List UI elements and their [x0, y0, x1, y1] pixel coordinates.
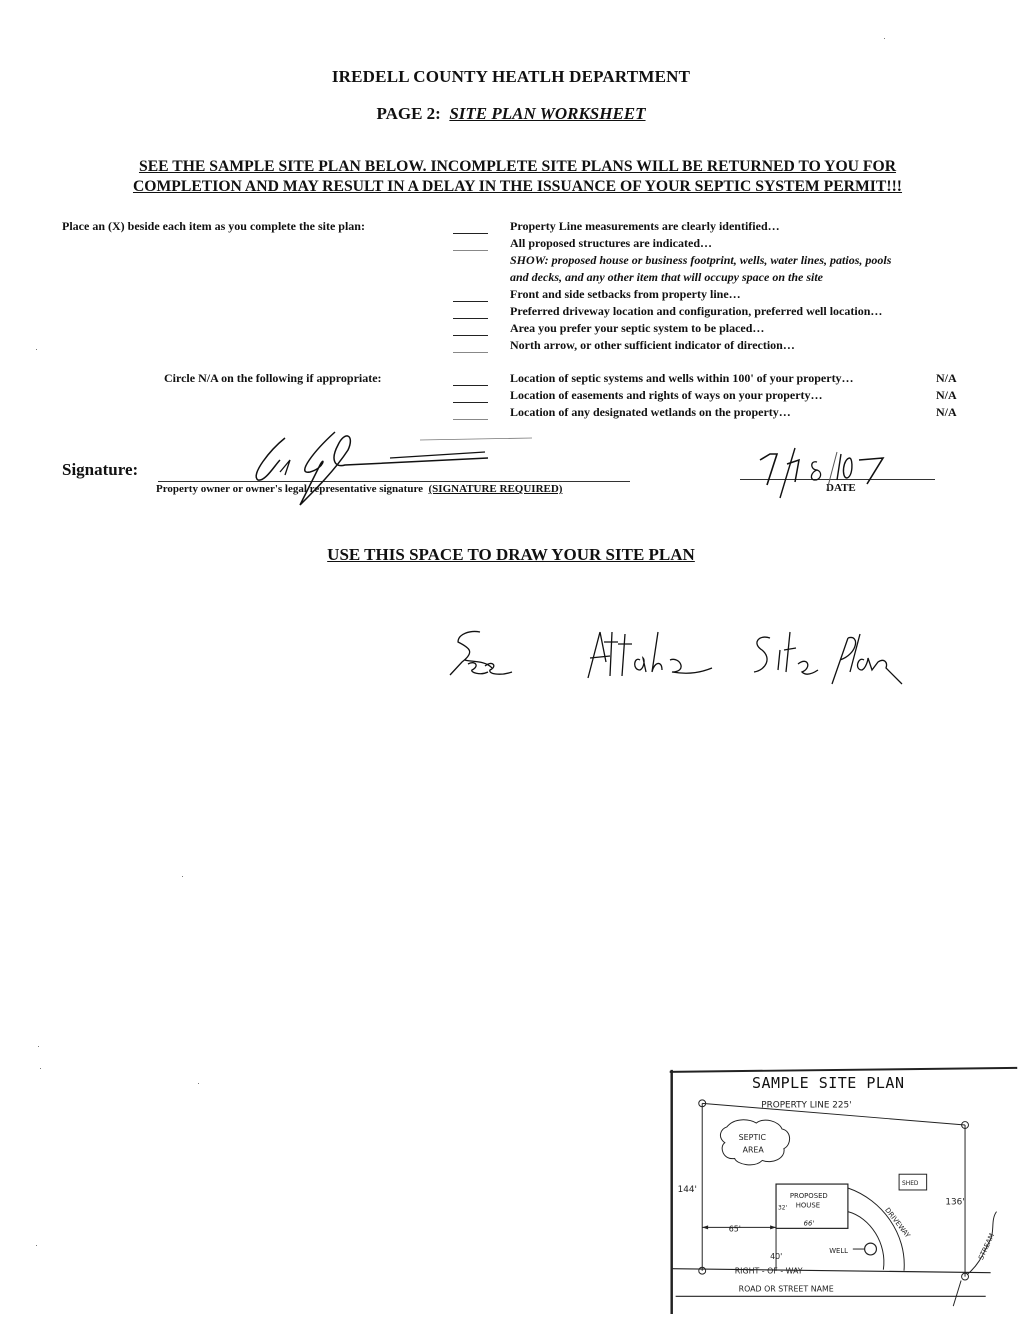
signature-label: Signature: — [62, 460, 138, 480]
checklist-item-note: SHOW: proposed house or business footpri… — [510, 253, 891, 268]
page-label: PAGE 2: — [376, 104, 440, 123]
handwritten-signature — [240, 420, 540, 520]
svg-text:32': 32' — [778, 1206, 787, 1212]
svg-text:40': 40' — [770, 1252, 782, 1261]
checkbox-blank-driveway[interactable] — [453, 318, 488, 319]
warning-line-1: SEE THE SAMPLE SITE PLAN BELOW. INCOMPLE… — [79, 157, 956, 177]
svg-text:RIGHT - OF - WAY: RIGHT - OF - WAY — [735, 1267, 803, 1276]
checkbox-blank-setbacks[interactable] — [453, 301, 488, 302]
optional-item: Location of any designated wetlands on t… — [510, 405, 791, 420]
svg-text:STREAM: STREAM — [977, 1232, 996, 1261]
svg-text:144': 144' — [678, 1185, 697, 1195]
optional-instruction: Circle N/A on the following if appropria… — [164, 371, 382, 386]
checklist-item: Area you prefer your septic system to be… — [510, 321, 764, 336]
checklist-item: North arrow, or other sufficient indicat… — [510, 338, 795, 353]
department-title: IREDELL COUNTY HEATLH DEPARTMENT — [0, 67, 1022, 87]
checklist-item: All proposed structures are indicated… — [510, 236, 712, 251]
worksheet-name: SITE PLAN WORKSHEET — [449, 104, 645, 123]
warning-line-2: COMPLETION AND MAY RESULT IN A DELAY IN … — [79, 177, 956, 197]
warning-notice: SEE THE SAMPLE SITE PLAN BELOW. INCOMPLE… — [79, 157, 956, 197]
svg-text:SEPTIC: SEPTIC — [739, 1133, 767, 1142]
checkbox-blank-nearby-septic[interactable] — [453, 385, 488, 386]
svg-text:65': 65' — [729, 1224, 741, 1233]
draw-area-heading: USE THIS SPACE TO DRAW YOUR SITE PLAN — [0, 545, 1022, 565]
svg-text:AREA: AREA — [743, 1146, 765, 1155]
sample-site-plan: PROPERTY LINE 225' SEPTIC AREA 144' 136'… — [665, 1062, 1018, 1314]
checklist-item: Property Line measurements are clearly i… — [510, 219, 780, 234]
checklist-item: Front and side setbacks from property li… — [510, 287, 741, 302]
svg-text:66': 66' — [804, 1219, 815, 1227]
svg-text:SHED: SHED — [902, 1181, 919, 1187]
handwritten-note: See Attache Site Plan — [440, 620, 920, 710]
na-option[interactable]: N/A — [936, 388, 957, 403]
checklist-item: Preferred driveway location and configur… — [510, 304, 882, 319]
svg-text:ROAD OR STREET NAME: ROAD OR STREET NAME — [739, 1284, 834, 1293]
svg-text:PROPOSED: PROPOSED — [790, 1192, 828, 1200]
svg-text:136': 136' — [945, 1198, 964, 1208]
svg-text:DRIVEWAY: DRIVEWAY — [883, 1206, 912, 1240]
na-option[interactable]: N/A — [936, 371, 957, 386]
checkbox-blank-property-line[interactable] — [453, 233, 488, 234]
checklist-instruction: Place an (X) beside each item as you com… — [62, 219, 365, 234]
sample-site-plan-title: SAMPLE SITE PLAN — [752, 1074, 905, 1092]
page-title: PAGE 2: SITE PLAN WORKSHEET — [0, 104, 1022, 124]
checkbox-blank-north-arrow[interactable] — [453, 352, 488, 353]
checklist-item-note: and decks, and any other item that will … — [510, 270, 823, 285]
checkbox-blank-easements[interactable] — [453, 402, 488, 403]
svg-text:HOUSE: HOUSE — [796, 1202, 820, 1210]
na-option[interactable]: N/A — [936, 405, 957, 420]
optional-item: Location of septic systems and wells wit… — [510, 371, 854, 386]
svg-text:WELL: WELL — [829, 1247, 848, 1255]
checkbox-blank-septic-area[interactable] — [453, 335, 488, 336]
property-line-label: PROPERTY LINE 225' — [761, 1100, 851, 1110]
checkbox-blank-structures[interactable] — [453, 250, 488, 251]
handwritten-date — [755, 440, 905, 500]
optional-item: Location of easements and rights of ways… — [510, 388, 823, 403]
